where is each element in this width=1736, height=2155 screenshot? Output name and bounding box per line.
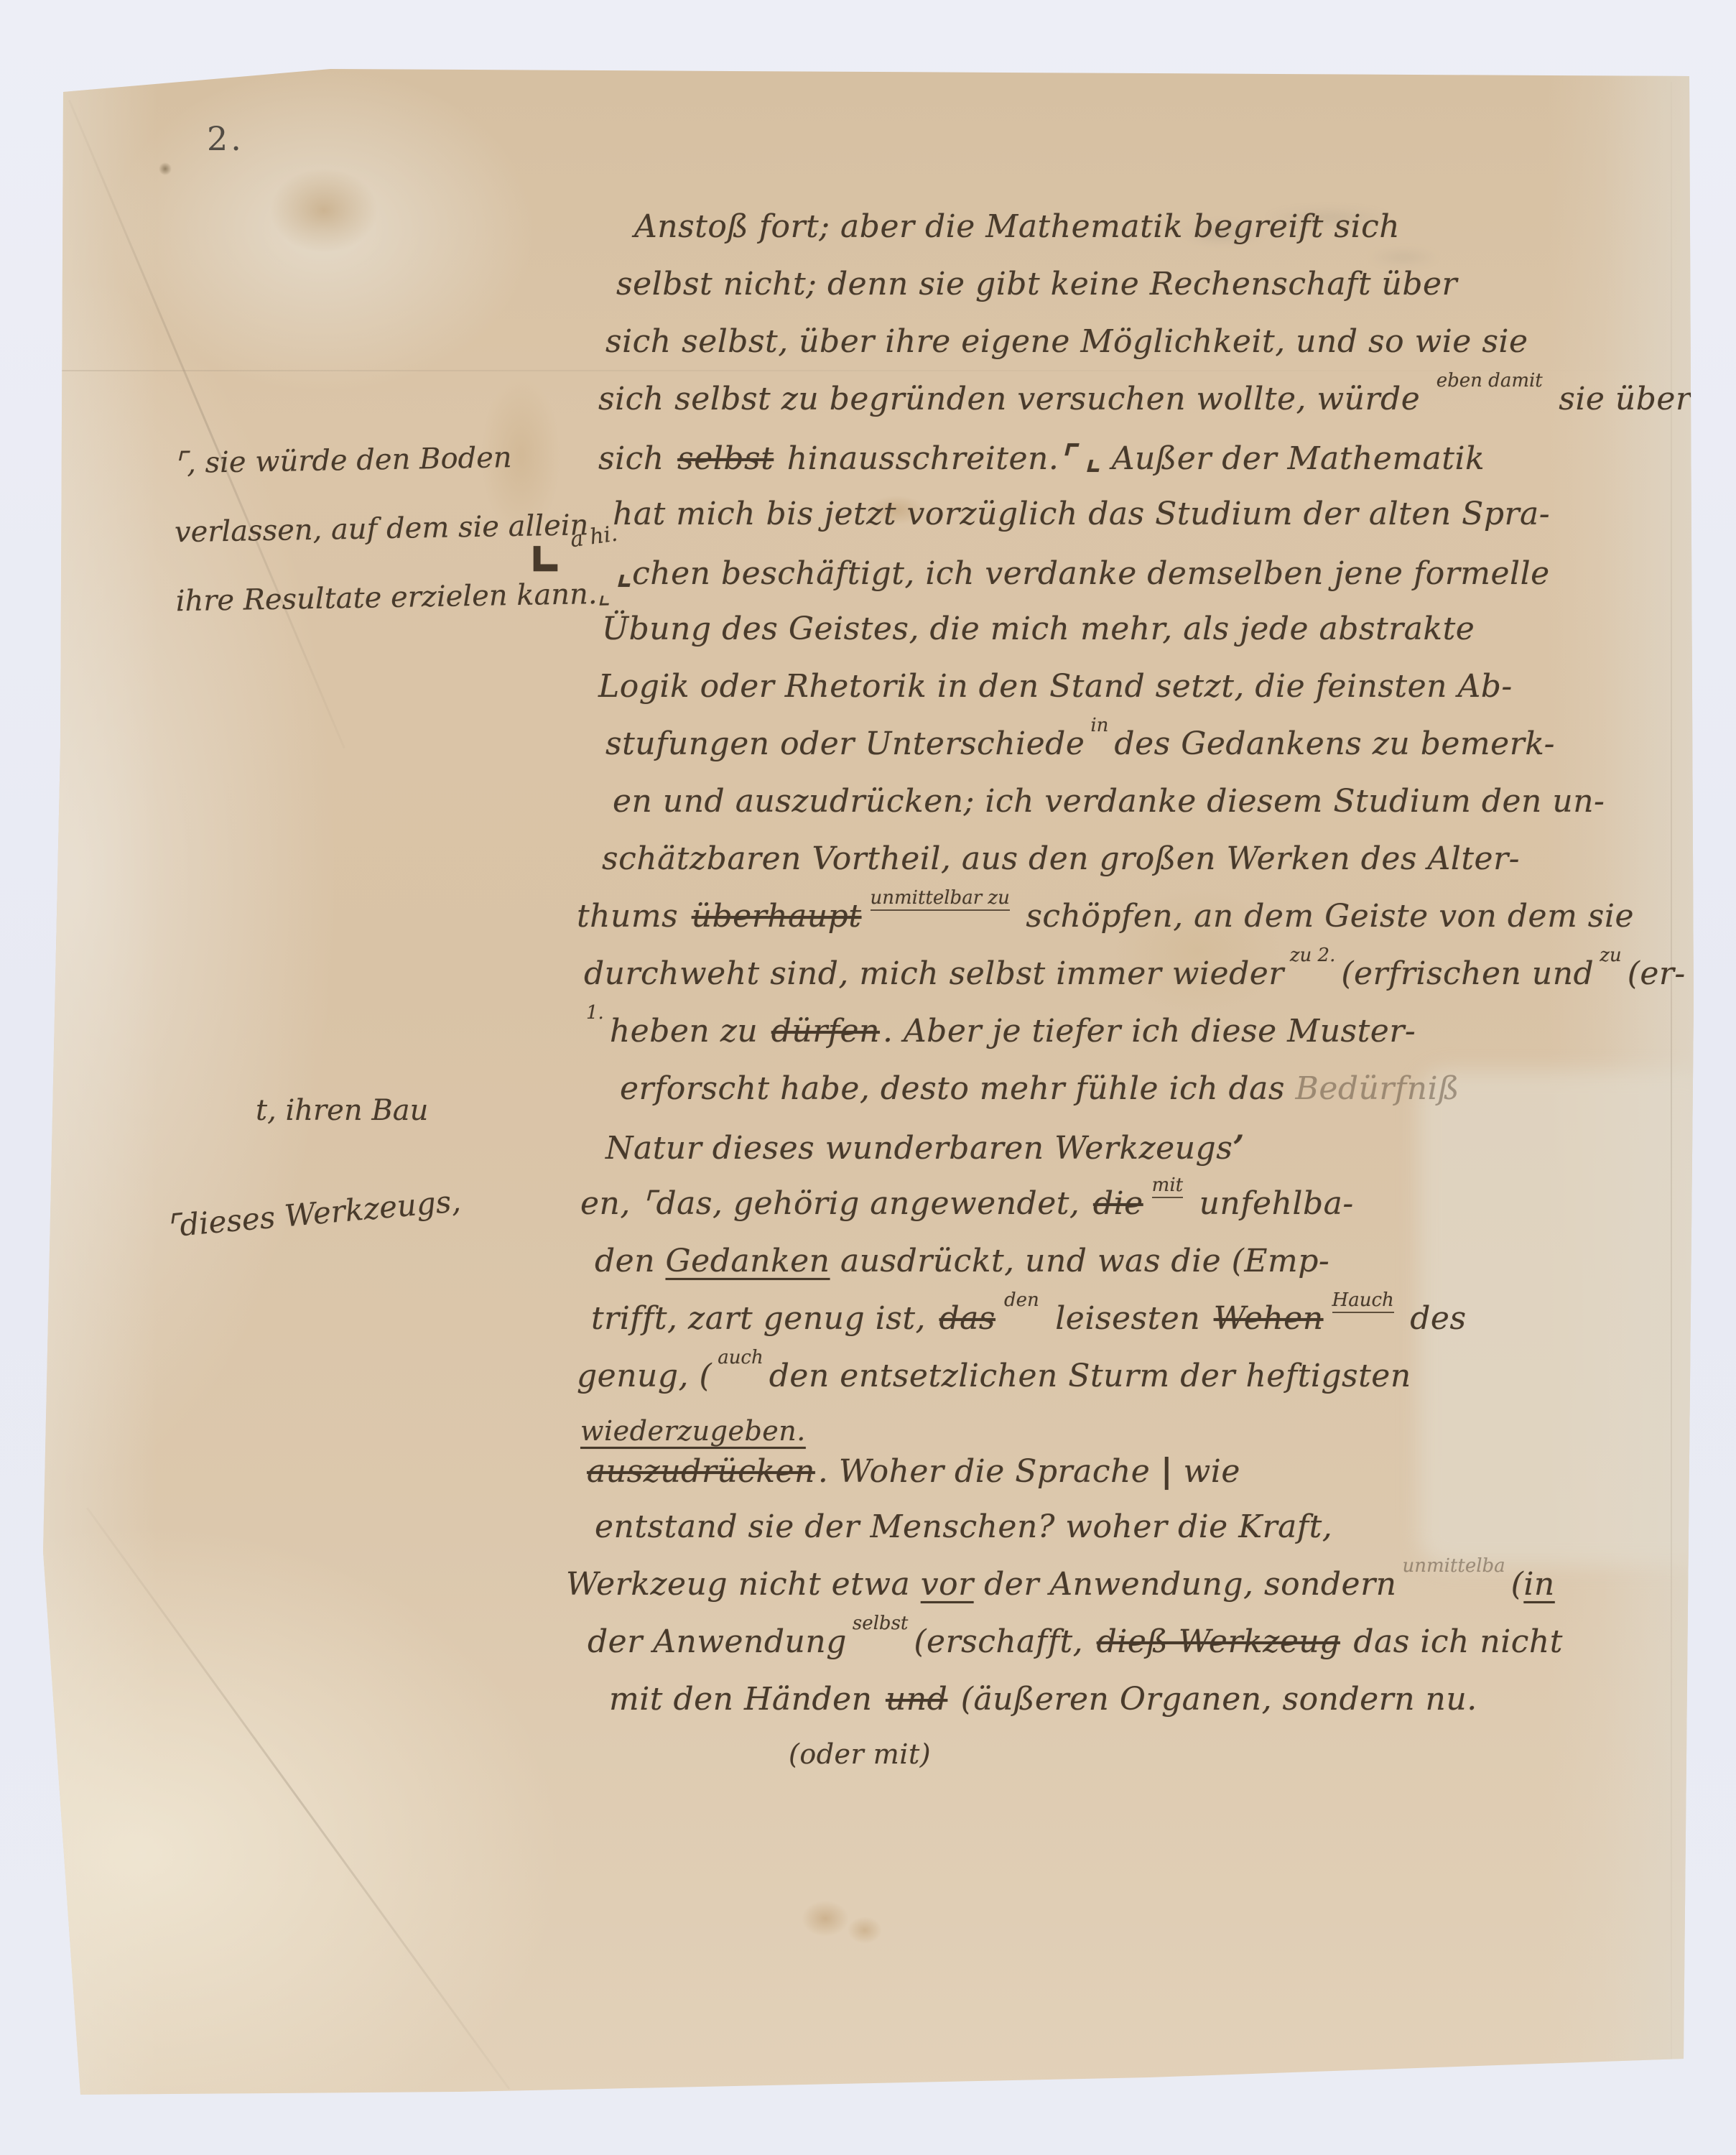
manuscript-line: wiederzugeben.: [559, 1415, 1679, 1451]
handwritten-text: vor: [921, 1566, 974, 1603]
handwritten-text: hinausschreiten.: [776, 440, 1059, 477]
struck-out-text: Wehen: [1214, 1300, 1324, 1337]
handwritten-text: chen beschäftigt, ich verdanke demselben…: [632, 555, 1550, 592]
handwritten-text: (erschafft,: [914, 1623, 1093, 1660]
manuscript-line: erforscht habe, desto mehr fühle ich das…: [559, 1070, 1679, 1128]
handwritten-text: . Woher die Sprache: [818, 1453, 1161, 1490]
page-number: 2.: [207, 119, 244, 158]
struck-out-text: dieß Werkzeug: [1097, 1623, 1340, 1660]
handwritten-text: durchweht sind, mich selbst immer wieder: [584, 955, 1284, 992]
manuscript-line: auszudrücken. Woher die Sprache | wie: [559, 1451, 1679, 1508]
handwritten-text: wiederzugeben.: [580, 1415, 806, 1447]
crease-line: [86, 1507, 510, 2090]
handwritten-text: Anstoß fort; aber die Mathematik begreif…: [634, 208, 1400, 245]
interlinear-insertion: zu 2.: [1290, 945, 1336, 966]
manuscript-line: entstand sie der Menschen? woher die Kra…: [559, 1508, 1679, 1566]
handwritten-text: entstand sie der Menschen? woher die Kra…: [595, 1508, 1332, 1545]
manuscript-line: hat mich bis jetzt vorzüglich das Studiu…: [559, 496, 1679, 553]
stain: [802, 1901, 849, 1937]
manuscript-line: der Anwendungselbst(erschafft, dieß Werk…: [559, 1623, 1679, 1681]
handwritten-text: Werkzeug nicht etwa: [566, 1566, 921, 1603]
handwritten-text: (äußeren Organen, sondern nu.: [950, 1681, 1477, 1718]
handwritten-text: sich: [598, 440, 674, 477]
handwritten-text: des Gedankens zu bemerk-: [1114, 726, 1555, 762]
scanned-manuscript: 2. ⌜, sie würde den Bodenverlassen, auf …: [0, 0, 1736, 2155]
handwritten-text: erforscht habe, desto mehr fühle ich das: [620, 1070, 1295, 1107]
manuscript-line: genug, (auchden entsetzlichen Sturm der …: [559, 1358, 1679, 1415]
editorial-mark: ⌞: [616, 553, 632, 592]
manuscript-line: schätzbaren Vortheil, aus den großen Wer…: [559, 840, 1679, 898]
handwritten-text: unfehlba-: [1189, 1185, 1354, 1222]
struck-out-text: auszudrücken: [587, 1453, 815, 1490]
manuscript-line: Anstoß fort; aber die Mathematik begreif…: [559, 208, 1679, 266]
interlinear-insertion: den: [1004, 1289, 1039, 1311]
handwritten-text: . Aber je tiefer ich diese Muster-: [883, 1013, 1416, 1049]
manuscript-line: sich selbst hinausschreiten.⌜ ⌞ Außer de…: [559, 438, 1679, 496]
handwritten-text: (oder mit): [789, 1738, 931, 1770]
manuscript-line: Natur dieses wunderbaren Werkzeugs’: [559, 1128, 1679, 1185]
manuscript-line: selbst nicht; denn sie gibt keine Rechen…: [559, 266, 1679, 323]
manuscript-line: Werkzeug nicht etwa vor der Anwendung, s…: [559, 1566, 1679, 1623]
handwritten-text: sie über: [1549, 381, 1691, 417]
handwritten-text: [1075, 440, 1086, 477]
manuscript-line: en, ⌜das, gehörig angewendet, diemit unf…: [559, 1185, 1679, 1243]
interlinear-insertion: 1.: [586, 1002, 604, 1024]
struck-out-text: selbst: [677, 440, 774, 477]
margin-note-2: t, ihren Bau: [256, 1076, 428, 1145]
handwritten-text: in: [1523, 1566, 1554, 1603]
manuscript-line: (oder mit): [559, 1738, 1679, 1774]
manuscript-line: Logik oder Rhetorik in den Stand setzt, …: [559, 668, 1679, 726]
handwritten-text: sich selbst, über ihre eigene Möglichkei…: [605, 323, 1528, 360]
interlinear-insertion: selbst: [853, 1613, 908, 1634]
struck-out-text: und: [886, 1681, 947, 1718]
handwritten-text: leisesten: [1045, 1300, 1211, 1337]
margin-note-3: ⌜dieses Werkzeugs,: [163, 1167, 464, 1261]
manuscript-line: den Gedanken ausdrückt, und was die (Emp…: [559, 1243, 1679, 1300]
manuscript-line: Übung des Geistes, die mich mehr, als je…: [559, 611, 1679, 668]
text-block: Anstoß fort; aber die Mathematik begreif…: [559, 208, 1679, 1774]
handwritten-text: der Anwendung: [588, 1623, 847, 1660]
handwritten-text: stufungen oder Unterschiede: [605, 726, 1085, 762]
handwritten-text: der Anwendung, sondern: [974, 1566, 1397, 1603]
interlinear-insertion: Hauch: [1332, 1289, 1394, 1313]
handwritten-text: thums: [577, 898, 689, 935]
handwritten-text: des: [1400, 1300, 1467, 1337]
manuscript-line: sich selbst zu begründen versuchen wollt…: [559, 381, 1679, 438]
manuscript-line: ⌞chen beschäftigt, ich verdanke demselbe…: [559, 553, 1679, 611]
handwritten-text: das ich nicht: [1343, 1623, 1563, 1660]
handwritten-text: mit den Händen: [609, 1681, 883, 1718]
manuscript-line: durchweht sind, mich selbst immer wieder…: [559, 955, 1679, 1013]
paper-sheet: 2. ⌜, sie würde den Bodenverlassen, auf …: [42, 68, 1696, 2098]
struck-out-text: überhaupt: [692, 898, 862, 935]
handwritten-text: schöpfen, an dem Geiste von dem sie: [1016, 898, 1634, 935]
manuscript-line: mit den Händen und (äußeren Organen, son…: [559, 1681, 1679, 1738]
handwritten-text: ausdrückt, und was die (Emp-: [830, 1243, 1330, 1279]
interlinear-insertion: unmittelbar zu: [871, 887, 1010, 911]
handwritten-text: trifft, zart genug ist,: [591, 1300, 936, 1337]
stain: [159, 162, 172, 175]
handwritten-text: (er-: [1628, 955, 1686, 992]
handwritten-text: Natur dieses wunderbaren Werkzeugs: [605, 1130, 1233, 1167]
handwritten-text: Logik oder Rhetorik in den Stand setzt, …: [598, 668, 1513, 705]
interlinear-insertion: auch: [718, 1347, 763, 1368]
handwritten-text: (erfrischen und: [1341, 955, 1594, 992]
manuscript-line: 1.heben zu dürfen. Aber je tiefer ich di…: [559, 1013, 1679, 1070]
margin-note-line: ⌜dieses Werkzeugs,: [163, 1167, 464, 1261]
manuscript-line: stufungen oder Unterschiedeindes Gedanke…: [559, 726, 1679, 783]
stain: [270, 168, 378, 253]
handwritten-text: en und auszudrücken; ich verdanke diesem…: [613, 783, 1605, 820]
editorial-mark: ⌜: [1059, 438, 1074, 477]
editorial-mark: ⌞: [1085, 438, 1101, 477]
handwritten-text: selbst nicht; denn sie gibt keine Rechen…: [616, 266, 1457, 302]
editorial-mark: ’: [1233, 1128, 1245, 1167]
struck-out-text: das: [939, 1300, 995, 1337]
handwritten-text: genug, (: [577, 1358, 712, 1394]
margin-note-line: t, ihren Bau: [256, 1076, 428, 1145]
handwritten-text: wie: [1173, 1453, 1240, 1490]
interlinear-insertion: zu: [1600, 945, 1621, 966]
interlinear-insertion: unmittelba: [1402, 1555, 1505, 1577]
stain: [848, 1917, 882, 1944]
handwritten-text: heben zu: [610, 1013, 769, 1049]
handwritten-text: Außer der Mathematik: [1101, 440, 1485, 477]
handwritten-text: Bedürfniß: [1295, 1070, 1459, 1107]
manuscript-line: en und auszudrücken; ich verdanke diesem…: [559, 783, 1679, 840]
struck-out-text: dürfen: [771, 1013, 880, 1049]
interlinear-insertion: mit: [1152, 1174, 1183, 1198]
interlinear-insertion: in: [1090, 715, 1108, 736]
handwritten-text: hat mich bis jetzt vorzüglich das Studiu…: [613, 496, 1550, 532]
margin-note-line: ⌜, sie würde den Boden: [173, 422, 609, 499]
struck-out-text: die: [1093, 1185, 1143, 1222]
handwritten-text: schätzbaren Vortheil, aus den großen Wer…: [602, 840, 1520, 877]
handwritten-text: Übung des Geistes, die mich mehr, als je…: [602, 611, 1475, 647]
interlinear-insertion: eben damit: [1436, 370, 1543, 391]
handwritten-text: Gedanken: [666, 1243, 830, 1279]
handwritten-text: den entsetzlichen Sturm der heftigsten: [769, 1358, 1411, 1394]
handwritten-text: en, ⌜das, gehörig angewendet,: [580, 1185, 1090, 1222]
handwritten-text: den: [595, 1243, 666, 1279]
handwritten-text: sich selbst zu begründen versuchen wollt…: [598, 381, 1431, 417]
manuscript-line: thums überhauptunmittelbar zu schöpfen, …: [559, 898, 1679, 955]
editorial-mark: |: [1161, 1451, 1173, 1490]
handwritten-text: (: [1511, 1566, 1524, 1603]
